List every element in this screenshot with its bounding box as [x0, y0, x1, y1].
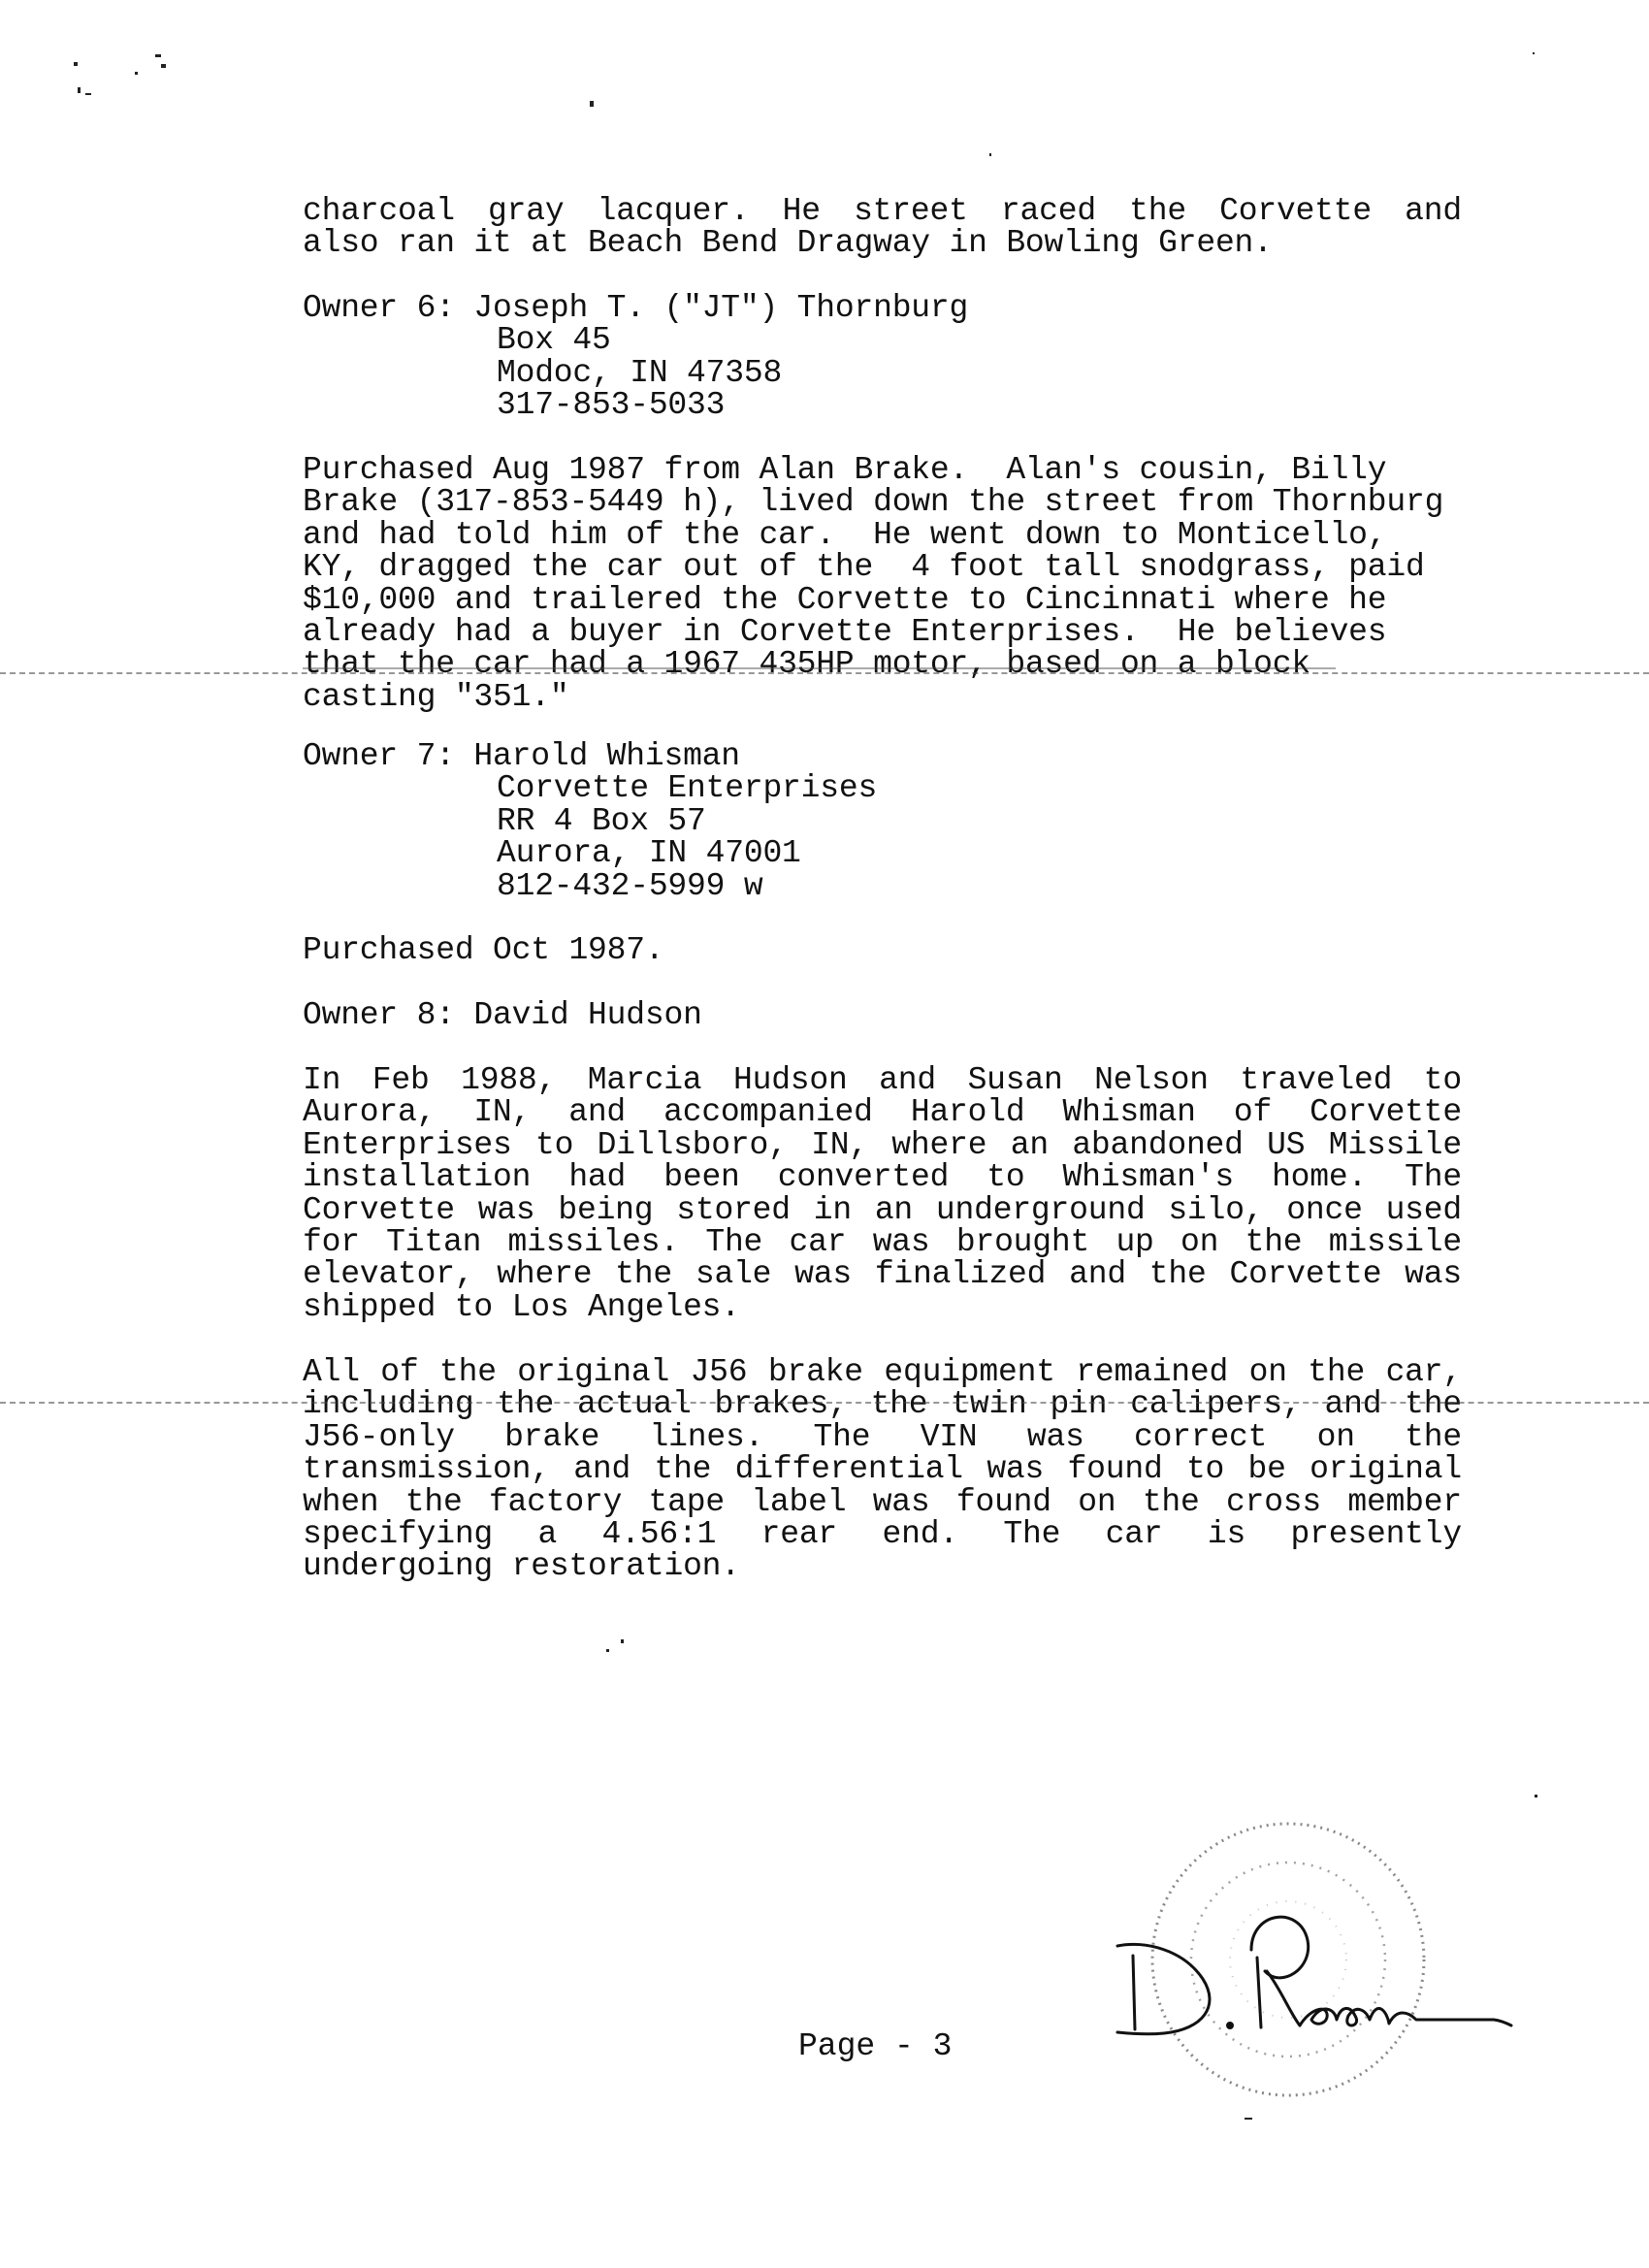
address-line: RR 4 Box 57	[303, 805, 1462, 837]
text-line: for Titan missiles. The car was brought …	[303, 1226, 1462, 1258]
phone-line: 317-853-5033	[303, 389, 1462, 421]
notary-seal-icon	[1106, 1804, 1513, 2124]
paragraph-brakes: All of the original J56 brake equipment …	[303, 1356, 1462, 1583]
text-line: J56-only brake lines. The VIN was correc…	[303, 1421, 1462, 1453]
text-line: Purchased Aug 1987 from Alan Brake. Alan…	[303, 454, 1462, 486]
paragraph-intro: charcoal gray lacquer. He street raced t…	[303, 195, 1462, 260]
owner-7-block: Owner 7: Harold Whisman Corvette Enterpr…	[303, 740, 1462, 902]
text-line: also ran it at Beach Bend Dragway in Bow…	[303, 227, 1462, 259]
text-line: including the actual brakes, the twin pi…	[303, 1388, 1462, 1420]
text-line: casting "351."	[303, 681, 1462, 713]
paragraph-owner-6-story: Purchased Aug 1987 from Alan Brake. Alan…	[303, 454, 1462, 713]
text-line: elevator, where the sale was finalized a…	[303, 1258, 1462, 1290]
text-line: transmission, and the differential was f…	[303, 1453, 1462, 1485]
text-line: Purchased Oct 1987.	[303, 934, 1462, 966]
text-line: specifying a 4.56:1 rear end. The car is…	[303, 1518, 1462, 1550]
text-line: Brake (317-853-5449 h), lived down the s…	[303, 486, 1462, 518]
page-number: Page - 3	[798, 2030, 952, 2062]
signature-icon	[1117, 1917, 1511, 2034]
text-line: when the factory tape label was found on…	[303, 1486, 1462, 1518]
document-page: charcoal gray lacquer. He street raced t…	[0, 0, 1649, 2268]
owner-heading: Owner 6: Joseph T. ("JT") Thornburg	[303, 292, 1462, 324]
phone-line: 812-432-5999 w	[303, 870, 1462, 902]
address-line: Corvette Enterprises	[303, 772, 1462, 804]
text-line: Aurora, IN, and accompanied Harold Whism…	[303, 1096, 1462, 1128]
underline-artifact	[303, 667, 1336, 669]
paragraph-owner-8-story: In Feb 1988, Marcia Hudson and Susan Nel…	[303, 1064, 1462, 1323]
text-line: and had told him of the car. He went dow…	[303, 519, 1462, 551]
owner-8-block: Owner 8: David Hudson	[303, 999, 1462, 1031]
text-line: KY, dragged the car out of the 4 foot ta…	[303, 551, 1462, 583]
text-line: undergoing restoration.	[303, 1550, 1462, 1582]
address-line: Box 45	[303, 324, 1462, 356]
text-line: shipped to Los Angeles.	[303, 1291, 1462, 1323]
text-line: In Feb 1988, Marcia Hudson and Susan Nel…	[303, 1064, 1462, 1096]
scan-line-artifact	[0, 1402, 1649, 1404]
address-line: Aurora, IN 47001	[303, 837, 1462, 869]
owner-heading: Owner 8: David Hudson	[303, 999, 1462, 1031]
text-line: charcoal gray lacquer. He street raced t…	[303, 195, 1462, 227]
text-line: All of the original J56 brake equipment …	[303, 1356, 1462, 1388]
text-line: installation had been converted to Whism…	[303, 1161, 1462, 1193]
text-line: $10,000 and trailered the Corvette to Ci…	[303, 584, 1462, 616]
owner-heading: Owner 7: Harold Whisman	[303, 740, 1462, 772]
address-line: Modoc, IN 47358	[303, 357, 1462, 389]
paragraph-owner-7-story: Purchased Oct 1987.	[303, 934, 1462, 966]
text-line: already had a buyer in Corvette Enterpri…	[303, 616, 1462, 648]
text-line: Enterprises to Dillsboro, IN, where an a…	[303, 1129, 1462, 1161]
scan-line-artifact	[0, 672, 1649, 674]
owner-6-block: Owner 6: Joseph T. ("JT") Thornburg Box …	[303, 292, 1462, 422]
signature-area	[1106, 1804, 1513, 2124]
text-line: Corvette was being stored in an undergro…	[303, 1194, 1462, 1226]
text-line: that the car had a 1967 435HP motor, bas…	[303, 648, 1462, 680]
